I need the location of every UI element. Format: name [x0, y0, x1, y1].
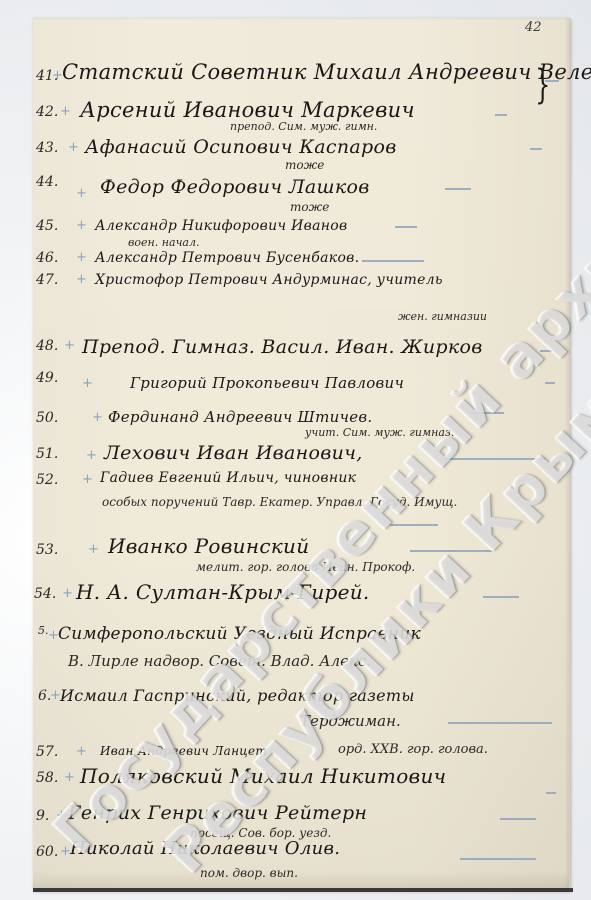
- entry-name: Николай Николаевич Олив.: [70, 838, 340, 859]
- entry-note: воен. начал.: [128, 236, 199, 249]
- entry-number: 48.: [36, 338, 58, 354]
- entry-note: В. Лирле надвор. Совет. Влад. Алекс.: [68, 652, 371, 670]
- entry-number: 49.: [36, 370, 58, 386]
- entry-name: Афанасий Осипович Каспаров: [85, 136, 397, 158]
- entry-number: 5.: [38, 624, 49, 637]
- entry-name: Иван Андреевич Ланцет: [100, 744, 267, 758]
- entry-number: 9.: [36, 808, 49, 824]
- ruling-dash: [390, 524, 438, 526]
- ruling-dash: [546, 792, 556, 794]
- entry-name: Фердинанд Андреевич Штичев.: [108, 408, 372, 426]
- ruling-dash: [540, 350, 552, 352]
- entry-note: Терджиман.: [300, 712, 401, 730]
- entry-name: Статский Советник Михаил Андреевич Велен…: [62, 60, 591, 84]
- entry-name: Препод. Гимназ. Васил. Иван. Жирков: [82, 336, 483, 358]
- ruling-dash: [530, 148, 542, 150]
- entry-note: особых поручений Тавр. Екатер. Управл. Г…: [102, 492, 482, 513]
- page-bottom-edge: [33, 888, 573, 892]
- ruling-dash: [460, 858, 536, 860]
- entry-name: Поляковский Михаил Никитович: [80, 764, 446, 788]
- ruling-dash: [495, 114, 507, 116]
- plus-mark-icon: +: [62, 586, 73, 601]
- entry-note: препод. Сим. муж. гимн.: [230, 120, 377, 133]
- plus-mark-icon: +: [60, 104, 71, 119]
- entry-number: 52.: [36, 472, 58, 488]
- entry-number: 46.: [36, 250, 58, 266]
- plus-mark-icon: +: [82, 472, 93, 487]
- entry-note: тоже: [285, 158, 324, 172]
- plus-mark-icon: +: [64, 338, 75, 353]
- plus-mark-icon: +: [88, 542, 99, 557]
- ruling-dash: [410, 550, 492, 552]
- entry-number: 53.: [36, 542, 58, 558]
- entry-number: 60.: [36, 844, 58, 860]
- plus-mark-icon: +: [76, 272, 87, 287]
- plus-mark-icon: +: [56, 808, 67, 823]
- entry-note: мелит. гор. голова Иван. Прокоф.: [196, 560, 415, 574]
- ruling-dash: [395, 226, 417, 228]
- plus-mark-icon: +: [76, 744, 87, 759]
- entry-name: Александр Никифорович Иванов: [95, 218, 347, 234]
- entry-note: пом. двор. вып.: [200, 866, 298, 880]
- entry-number: 50.: [36, 410, 58, 426]
- entry-note: тоже: [290, 200, 329, 214]
- entry-number: 51.: [36, 446, 58, 462]
- entry-name: Федор Федорович Лашков: [100, 176, 370, 198]
- entry-note: учит. Сим. муж. гимназ.: [305, 426, 454, 439]
- entry-name: Григорий Прокопьевич Павлович: [130, 374, 404, 392]
- ruling-dash: [448, 722, 552, 724]
- plus-mark-icon: +: [76, 250, 87, 265]
- entry-number: 44.: [36, 174, 58, 190]
- plus-mark-icon: +: [64, 770, 75, 785]
- entry-number: 57.: [36, 744, 58, 760]
- entry-number: 45.: [36, 218, 58, 234]
- ruling-dash: [362, 260, 424, 262]
- page-number: 42: [525, 20, 542, 35]
- entry-name: Арсений Иванович Маркевич: [80, 98, 415, 122]
- plus-mark-icon: +: [82, 376, 93, 391]
- plus-mark-icon: +: [76, 186, 87, 201]
- entry-name: Христофор Петрович Андурминас, учитель: [95, 272, 443, 288]
- brace-mark: }: [535, 62, 550, 108]
- ruling-dash: [483, 596, 519, 598]
- ruling-dash: [445, 458, 545, 460]
- ruling-dash: [470, 412, 504, 414]
- entry-name: Гадиев Евгений Ильич, чиновник: [100, 470, 356, 486]
- plus-mark-icon: +: [92, 410, 103, 425]
- ruling-dash: [445, 188, 471, 190]
- entry-name: Н. А. Султан-Крым-Гирей.: [76, 580, 370, 604]
- entry-name: Иванко Ровинский: [108, 534, 309, 558]
- entry-number: 47.: [36, 272, 58, 288]
- plus-mark-icon: +: [86, 448, 97, 463]
- entry-name: Лехович Иван Иванович,: [104, 442, 363, 464]
- entry-number: 58.: [36, 770, 58, 786]
- ruling-dash: [545, 382, 555, 384]
- entry-number: 43.: [36, 140, 58, 156]
- entry-note: орд. ХХВ. гор. голова.: [338, 742, 488, 757]
- entry-name: Исмаил Гаспринский, редактор газеты: [60, 686, 415, 705]
- ruling-dash: [500, 818, 536, 820]
- entry-note: жен. гимназии: [398, 310, 487, 323]
- entry-name: Симферопольский Уездный Исправник: [58, 624, 421, 644]
- entry-name: Александр Петрович Бусенбаков.: [95, 250, 359, 266]
- entry-number: 42.: [36, 104, 58, 120]
- plus-mark-icon: +: [76, 218, 87, 233]
- plus-mark-icon: +: [68, 140, 79, 155]
- entry-name: Генрих Генрихович Рейтерн: [68, 802, 367, 824]
- entry-number: 54.: [34, 586, 56, 602]
